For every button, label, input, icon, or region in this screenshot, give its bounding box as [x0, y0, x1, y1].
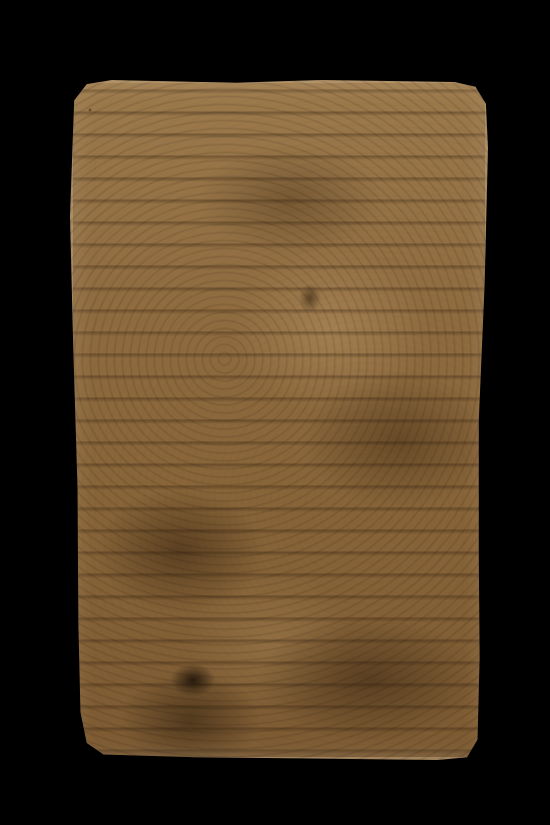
surface-mark: [292, 278, 328, 318]
photo-scene: [0, 0, 550, 825]
stone-texture: [70, 80, 488, 760]
stone-tablet: [70, 80, 488, 760]
chipped-pit: [165, 650, 235, 710]
